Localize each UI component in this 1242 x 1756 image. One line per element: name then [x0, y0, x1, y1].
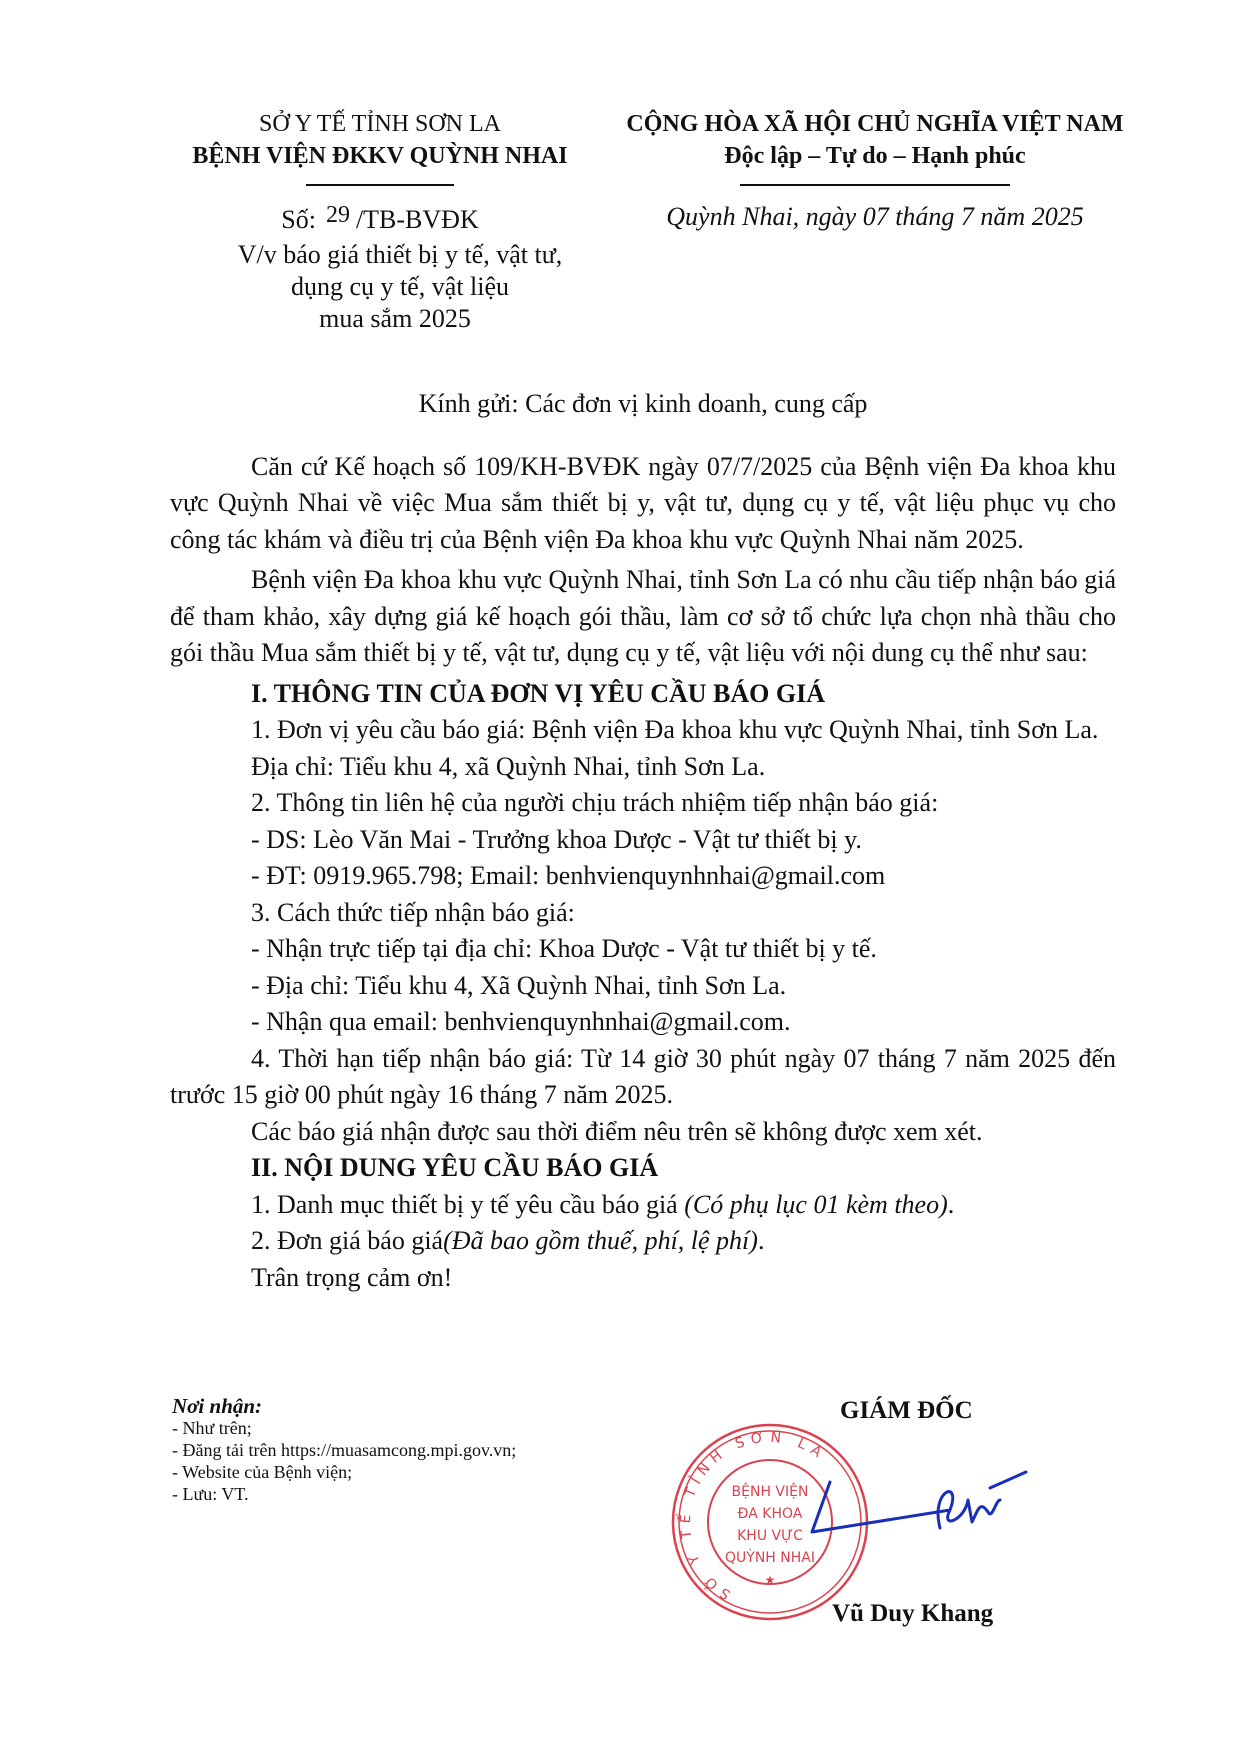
document-number: Số:29/TB-BVĐK: [160, 202, 600, 239]
place-date: Quỳnh Nhai, ngày 07 tháng 7 năm 2025: [605, 202, 1145, 232]
recipient-item: - Như trên;: [172, 1417, 642, 1439]
recipients-title: Nơi nhận:: [172, 1395, 642, 1417]
motto: Độc lập – Tự do – Hạnh phúc: [605, 140, 1145, 172]
s1-line: 1. Đơn vị yêu cầu báo giá: Bệnh viện Đa …: [170, 712, 1116, 749]
s2-item-2: 2. Đơn giá báo giá(Đã bao gồm thuế, phí,…: [170, 1223, 1116, 1260]
svg-text:QUỲNH NHAI: QUỲNH NHAI: [725, 1548, 815, 1566]
section-1-title: I. THÔNG TIN CỦA ĐƠN VỊ YÊU CẦU BÁO GIÁ: [170, 676, 1116, 713]
s1-line: Địa chỉ: Tiểu khu 4, xã Quỳnh Nhai, tỉnh…: [170, 749, 1116, 786]
deadline: 4. Thời hạn tiếp nhận báo giá: Từ 14 giờ…: [170, 1041, 1116, 1114]
signer-name: Vũ Duy Khang: [832, 1600, 993, 1628]
s1-line: - DS: Lèo Văn Mai - Trưởng khoa Dược - V…: [170, 822, 1116, 859]
subject-line-1: V/v báo giá thiết bị y tế, vật tư,: [160, 239, 600, 271]
header-right: CỘNG HÒA XÃ HỘI CHỦ NGHĨA VIỆT NAM Độc l…: [605, 108, 1145, 232]
divider: [740, 184, 1010, 186]
organization-name: BỆNH VIỆN ĐKKV QUỲNH NHAI: [160, 140, 600, 172]
divider: [306, 184, 454, 186]
late-note: Các báo giá nhận được sau thời điểm nêu …: [170, 1114, 1116, 1151]
document-body: Kính gửi: Các đơn vị kinh doanh, cung cấ…: [170, 386, 1116, 1296]
recipient-item: - Lưu: VT.: [172, 1483, 642, 1505]
recipient-item: - Đăng tải trên https://muasamcong.mpi.g…: [172, 1439, 642, 1461]
signature-icon: [790, 1470, 1030, 1550]
s1-line: - Nhận trực tiếp tại địa chỉ: Khoa Dược …: [170, 931, 1116, 968]
s1-line: - ĐT: 0919.965.798; Email: benhvienquynh…: [170, 858, 1116, 895]
paragraph-request: Bệnh viện Đa khoa khu vực Quỳnh Nhai, tỉ…: [170, 562, 1116, 672]
s1-line: 2. Thông tin liên hệ của người chịu trác…: [170, 785, 1116, 822]
s1-line: - Nhận qua email: benhvienquynhnhai@gmai…: [170, 1004, 1116, 1041]
signer-title: GIÁM ĐỐC: [840, 1397, 973, 1425]
section-2-title: II. NỘI DUNG YÊU CẦU BÁO GIÁ: [170, 1150, 1116, 1187]
subject-line-3: mua sắm 2025: [160, 303, 600, 335]
agency-name: SỞ Y TẾ TỈNH SƠN LA: [160, 108, 600, 140]
recipient-item: - Website của Bệnh viện;: [172, 1461, 642, 1483]
nation-title: CỘNG HÒA XÃ HỘI CHỦ NGHĨA VIỆT NAM: [605, 108, 1145, 140]
header-left: SỞ Y TẾ TỈNH SƠN LA BỆNH VIỆN ĐKKV QUỲNH…: [160, 108, 600, 335]
svg-text:★: ★: [765, 1573, 776, 1587]
subject-line-2: dụng cụ y tế, vật liệu: [160, 271, 600, 303]
greeting: Kính gửi: Các đơn vị kinh doanh, cung cấ…: [170, 386, 1116, 423]
paragraph-basis: Căn cứ Kế hoạch số 109/KH-BVĐK ngày 07/7…: [170, 449, 1116, 559]
s1-line: - Địa chỉ: Tiểu khu 4, Xã Quỳnh Nhai, tỉ…: [170, 968, 1116, 1005]
closing: Trân trọng cảm ơn!: [170, 1260, 1116, 1297]
s2-item-1: 1. Danh mục thiết bị y tế yêu cầu báo gi…: [170, 1187, 1116, 1224]
s1-line: 3. Cách thức tiếp nhận báo giá:: [170, 895, 1116, 932]
recipients-block: Nơi nhận: - Như trên; - Đăng tải trên ht…: [172, 1395, 642, 1505]
